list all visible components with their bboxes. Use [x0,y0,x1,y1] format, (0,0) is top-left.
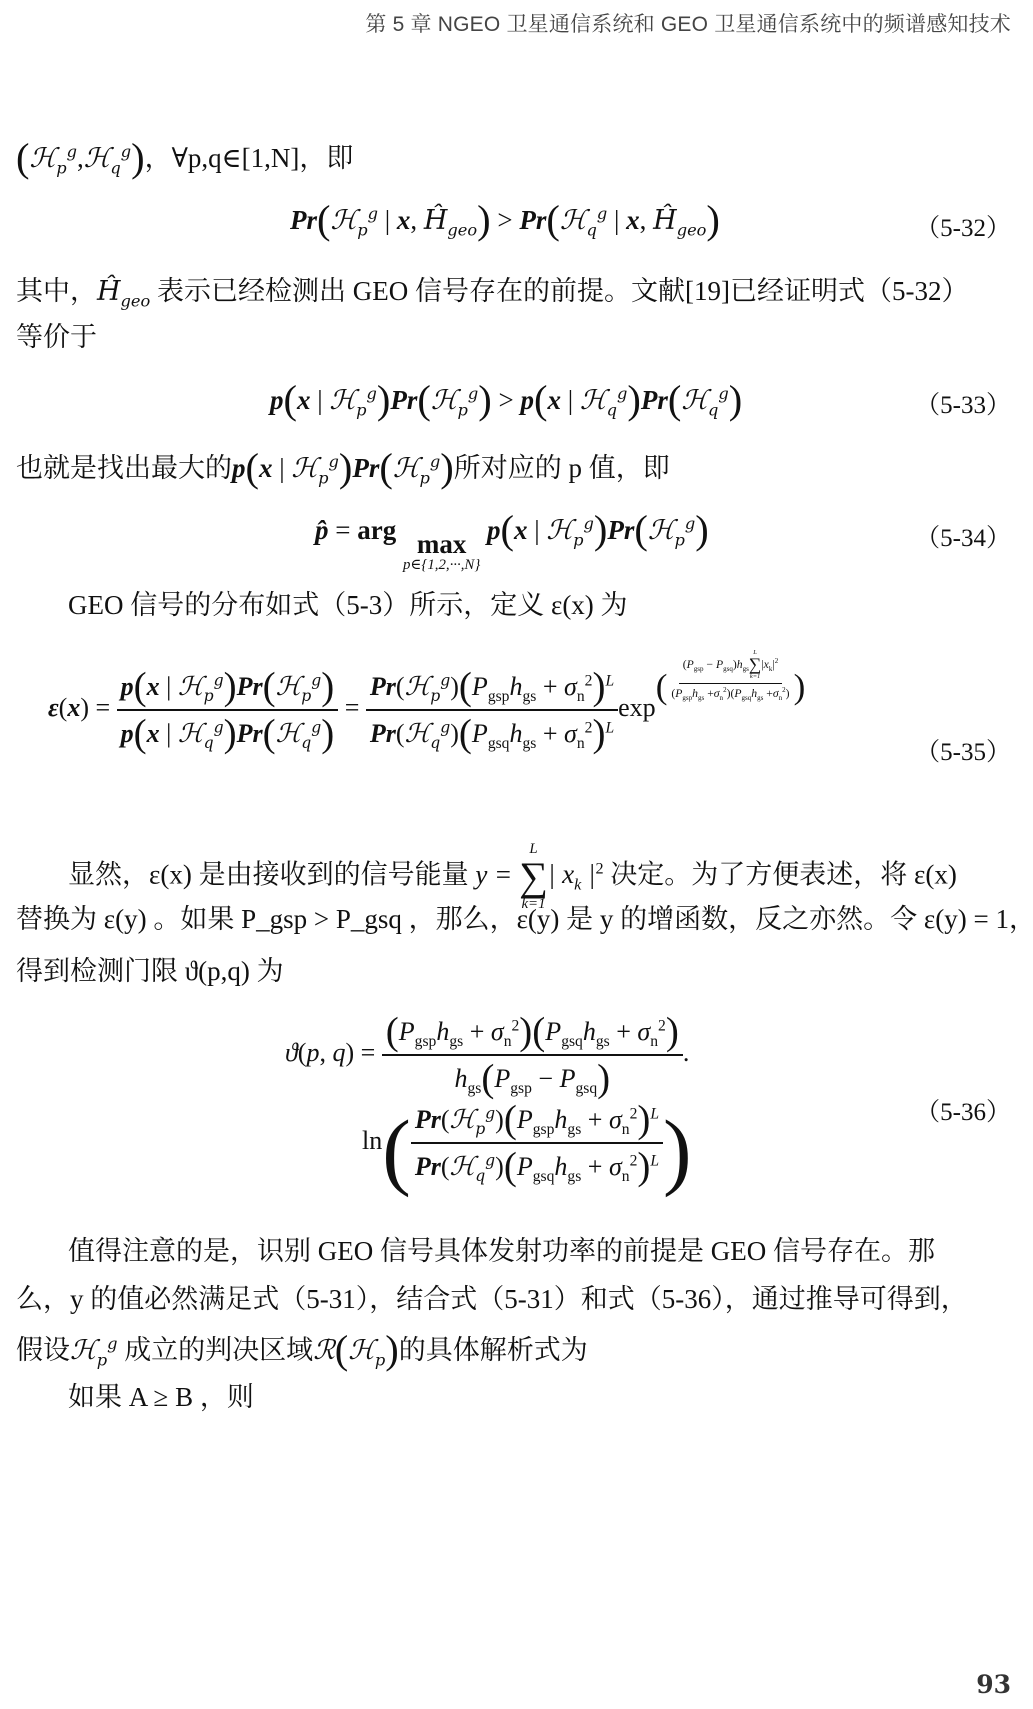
power-ratio-fraction: Pr(ℋpg)(Pgsphgs + σn2)L Pr(ℋqg)(Pgsqhgs … [366,667,618,753]
note-line3-suffix: 成立的判决区域 [124,1335,313,1365]
equation-5-34: p̂ = arg maxp∈{1,2,···,N} p(x | ℋpg)Pr(ℋ… [315,510,709,573]
paragraph-where: 其中，Ĥgeo 表示已经检测出 GEO 信号存在的前提。文献[19]已经证明式（… [16,278,968,310]
paragraph-threshold: 得到检测门限 ϑ(p,q) 为 [16,958,284,985]
equation-5-33: p(x | ℋpg)Pr(ℋpg) > p(x | ℋqg)Pr(ℋqg) [270,380,742,421]
paragraph-equivalent: 等价于 [16,324,97,351]
threshold-fraction: (Pgsphgs + σn2)(Pgsqhgs + σn2) hgs(Pgsp … [382,1012,683,1098]
energy-symbol: y = [475,859,512,889]
note-line3-end: 的具体解析式为 [399,1335,588,1365]
find-max-prefix: 也就是找出最大的 [16,453,232,483]
log-fraction: Pr(ℋpg)(Pgsphgs + σn2)L Pr(ℋqg)(Pgsqhgs … [411,1100,663,1186]
exp-operator: exp [618,693,656,722]
equation-number-5-35: （5-35） [915,732,1011,768]
likelihood-ratio-fraction: p(x | ℋpg)Pr(ℋpg) p(x | ℋqg)Pr(ℋqg) [117,667,339,753]
text-line-hypothesis-pair: (ℋpg,ℋqg)，∀p,q∈[1,N]，即 [16,138,353,179]
equation-5-35: ε(x) = p(x | ℋpg)Pr(ℋpg) p(x | ℋqg)Pr(ℋq… [48,650,805,753]
note-line3-prefix: 假设 [16,1335,70,1365]
running-header: 第 5 章 NGEO 卫星通信系统和 GEO 卫星通信系统中的频谱感知技术 [365,8,1011,38]
paragraph-replace: 替换为 ε(y) 。如果 P_gsp > P_gsq ，那么，ε(y) 是 y … [16,906,1033,933]
paragraph-note-line3: 假设ℋpg 成立的判决区域ℛ(ℋp)的具体解析式为 [16,1330,588,1371]
max-subscript: p∈{1,2,···,N} [403,558,480,573]
paragraph-condition: 如果 A ≥ B ，则 [68,1384,254,1411]
paragraph-note-line2: 么，y 的值必然满足式（5-31），结合式（5-31）和式（5-36），通过推导… [16,1286,968,1313]
where-prefix: 其中， [16,276,97,306]
hypothesis-pair-tail: ，∀p,q∈[1,N]，即 [145,143,354,173]
equation-number-5-34: （5-34） [915,518,1011,554]
arg-operator: arg [357,515,396,545]
energy-sum: L∑k=1 [519,842,548,912]
equation-5-36: ϑ(p, q) = (Pgsphgs + σn2)(Pgsqhgs + σn2)… [285,1012,689,1098]
obviously-suffix: 决定。为了方便表述，将 ε(x) [610,859,957,889]
page-number: 93 [976,1670,1011,1699]
max-operator: max [417,531,467,558]
where-body: 表示已经检测出 GEO 信号存在的前提。文献[19]已经证明式（5-32） [157,276,968,306]
equation-number-5-32: （5-32） [915,208,1011,244]
equation-number-5-33: （5-33） [915,385,1011,421]
equation-5-36-log-term: ln( Pr(ℋpg)(Pgsphgs + σn2)L Pr(ℋqg)(Pgsq… [362,1100,692,1194]
equation-number-5-36: （5-36） [915,1092,1011,1128]
paragraph-obviously: 显然，ε(x) 是由接收到的信号能量 y = L∑k=1| xk |2 决定。为… [68,842,957,912]
obviously-prefix: 显然，ε(x) 是由接收到的信号能量 [68,859,469,889]
find-max-suffix: 所对应的 p 值，即 [454,453,670,483]
equation-5-32: Pr(ℋpg | x, Ĥgeo) > Pr(ℋqg | x, Ĥgeo) [290,200,720,241]
paragraph-find-max: 也就是找出最大的p(x | ℋpg)Pr(ℋpg)所对应的 p 值，即 [16,448,670,489]
paragraph-note-line1: 值得注意的是，识别 GEO 信号具体发射功率的前提是 GEO 信号存在。那 [68,1238,935,1265]
paragraph-geo-distribution: GEO 信号的分布如式（5-3）所示，定义 ε(x) 为 [68,592,628,619]
ln-operator: ln [362,1126,382,1155]
exponent-fraction: (Pgsp − Pgsq)hgsL∑k=1|xk|2 (Pgsphgs +σn2… [667,650,793,703]
